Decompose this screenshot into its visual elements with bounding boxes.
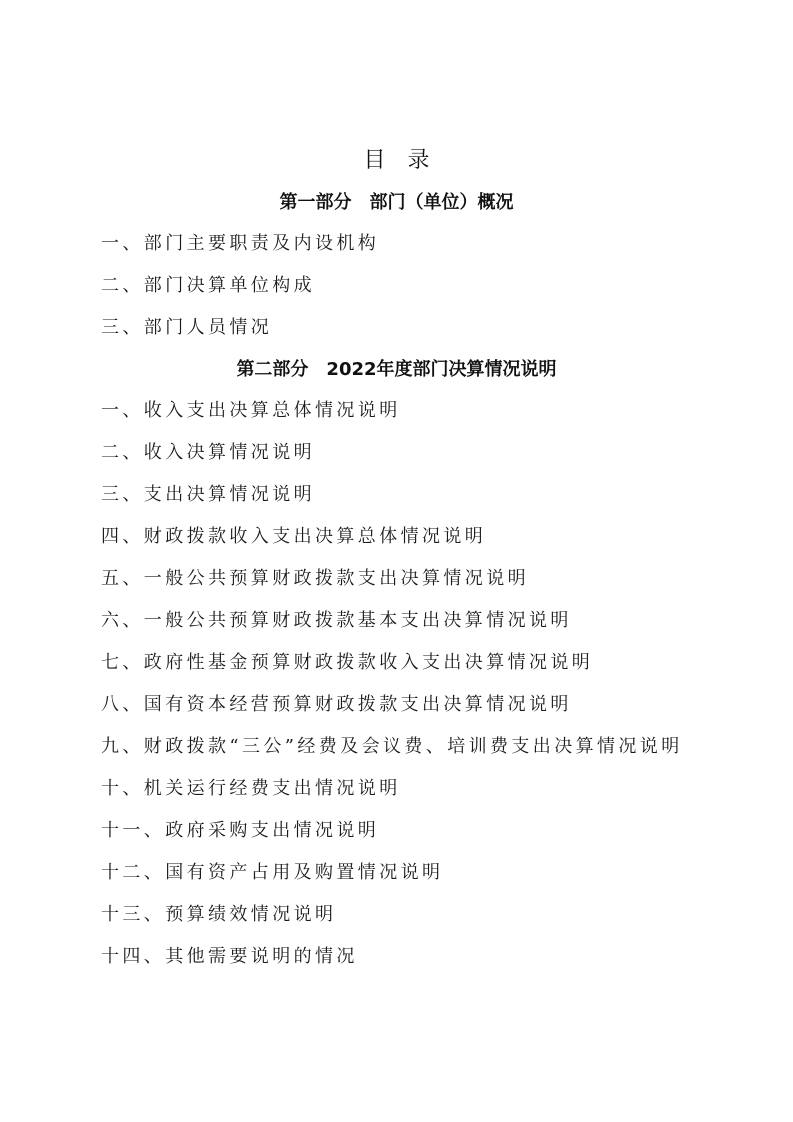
toc-item: 七、政府性基金预算财政拨款收入支出决算情况说明 — [101, 650, 593, 676]
toc-item: 二、部门决算单位构成 — [101, 273, 315, 299]
toc-item: 六、一般公共预算财政拨款基本支出决算情况说明 — [101, 608, 572, 634]
toc-title: 目录 — [0, 146, 793, 176]
toc-item: 三、支出决算情况说明 — [101, 482, 315, 508]
toc-item: 一、部门主要职责及内设机构 — [101, 231, 379, 257]
toc-item: 三、部门人员情况 — [101, 315, 272, 341]
toc-item: 一、收入支出决算总体情况说明 — [101, 398, 401, 424]
toc-item: 八、国有资本经营预算财政拨款支出决算情况说明 — [101, 692, 572, 718]
toc-item: 十、机关运行经费支出情况说明 — [101, 776, 401, 802]
toc-item: 二、收入决算情况说明 — [101, 440, 315, 466]
toc-item: 十四、其他需要说明的情况 — [101, 944, 358, 970]
document-page: 目录 第一部分 部门（单位）概况 一、部门主要职责及内设机构 二、部门决算单位构… — [0, 0, 793, 1122]
toc-item: 四、财政拨款收入支出决算总体情况说明 — [101, 524, 486, 550]
toc-item: 十三、预算绩效情况说明 — [101, 902, 336, 928]
toc-item: 十一、政府采购支出情况说明 — [101, 818, 379, 844]
part-1-heading: 第一部分 部门（单位）概况 — [0, 190, 793, 216]
toc-item: 五、一般公共预算财政拨款支出决算情况说明 — [101, 566, 529, 592]
toc-item: 十二、国有资产占用及购置情况说明 — [101, 860, 443, 886]
toc-item: 九、财政拨款“三公”经费及会议费、培训费支出决算情况说明 — [101, 734, 683, 760]
part-2-heading: 第二部分 2022年度部门决算情况说明 — [0, 357, 793, 383]
